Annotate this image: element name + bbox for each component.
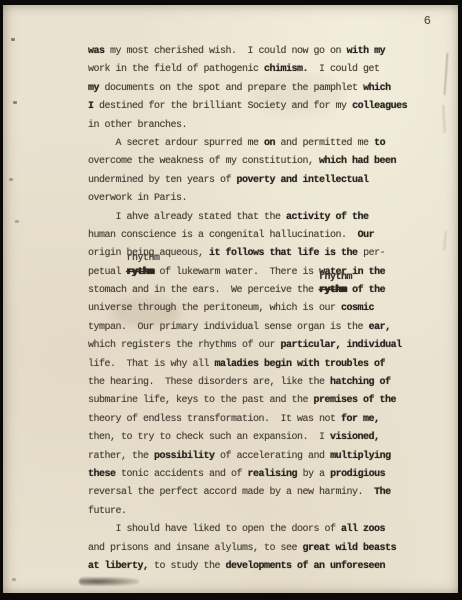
text-line: life. That is why all maladies begin wit…	[88, 356, 432, 374]
typewritten-text: was my most cherished wish. I could now …	[88, 43, 432, 576]
text-line: petual rythm of lukewarm water. There is…	[88, 264, 432, 282]
text-line: rather, the possibility of accelerating …	[88, 448, 432, 466]
text-line: the hearing. These disorders are, like t…	[88, 374, 432, 392]
text-line: overwork in Paris.	[88, 190, 432, 208]
text-line: my documents on the spot and prepare the…	[88, 80, 432, 98]
text-line: at liberty, to study the developments of…	[88, 558, 432, 576]
ink-smudge	[79, 577, 139, 586]
pencil-mark	[442, 105, 445, 133]
struck-out-word: rythm	[319, 285, 347, 296]
text-line: work in the field of pathogenic chimism.…	[88, 61, 432, 79]
text-line: theory of endless transformation. It was…	[88, 411, 432, 429]
text-line: submarine life, keys to the past and the…	[88, 392, 432, 410]
text-line: was my most cherished wish. I could now …	[88, 43, 432, 61]
interlinear-insertion: rhythm	[319, 273, 352, 283]
text-line: in other branches.	[88, 117, 432, 135]
text-line: universe through the peritoneum, which i…	[88, 300, 432, 318]
text-line: future.	[88, 503, 432, 521]
text-line: tympan. Our primary individual sense org…	[88, 319, 432, 337]
text-line: undermined by ten years of poverty and i…	[88, 172, 432, 190]
text-line: I should have liked to open the doors of…	[88, 521, 432, 539]
text-line: and prisons and insane alylums, to see g…	[88, 540, 432, 558]
text-line: I ahve already stated that the activity …	[88, 209, 432, 227]
scanned-page: { "document": { "page_number": "6", "col…	[0, 0, 462, 600]
text-line: reversal the perfect accord made by a ne…	[88, 484, 432, 502]
text-line: then, to try to check such an expansion.…	[88, 429, 432, 447]
paper-sheet: 6 was my most cherished wish. I could no…	[3, 5, 458, 593]
text-line: stomach and in the ears. We perceive the…	[88, 282, 432, 300]
text-line: I destined for the brilliant Society and…	[88, 98, 432, 116]
text-line: human conscience is a congenital halluci…	[88, 227, 432, 245]
text-line: overcome the weakness of my constitution…	[88, 153, 432, 171]
pencil-mark	[443, 231, 447, 251]
text-line: these tonic accidents and of realising b…	[88, 466, 432, 484]
pencil-mark	[444, 53, 449, 95]
paper-speck	[11, 38, 15, 41]
interlinear-insertion: rhythm	[127, 254, 160, 264]
page-number: 6	[424, 14, 431, 28]
text-line: A secret ardour spurred me on and permit…	[88, 135, 432, 153]
struck-out-word: rythm	[127, 267, 155, 278]
text-line: which registers the rhythms of our parti…	[88, 337, 432, 355]
